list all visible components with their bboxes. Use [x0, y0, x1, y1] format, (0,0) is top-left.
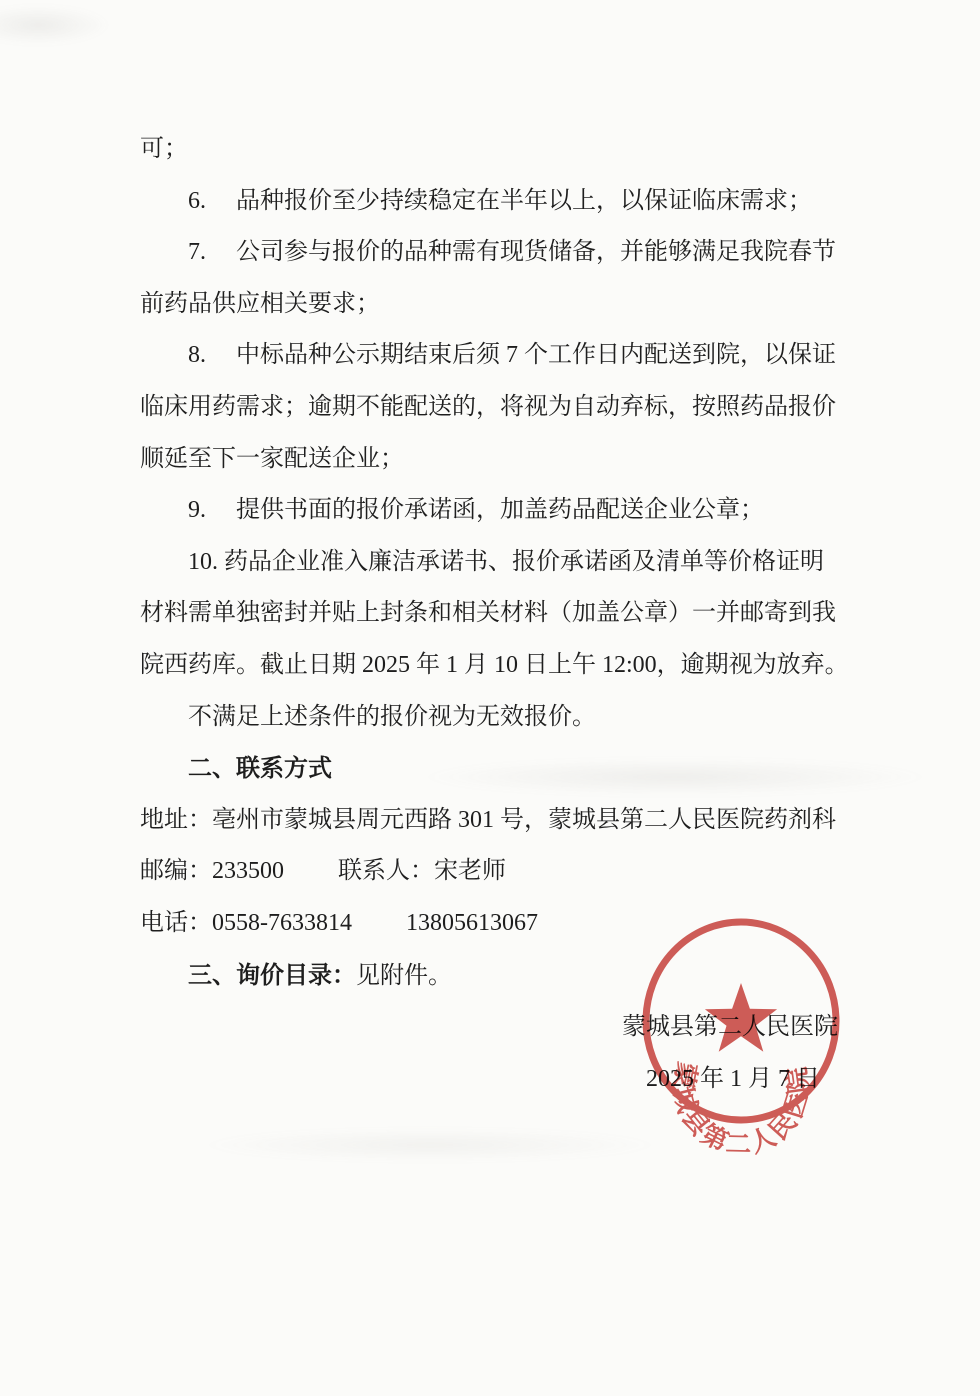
text-line: 邮编：233500 联系人：宋老师 [140, 846, 853, 898]
text-line: 6. 品种报价至少持续稳定在半年以上，以保证临床需求； [140, 176, 853, 228]
text-line: 顺延至下一家配送企业； [140, 434, 853, 486]
text-line: 二、联系方式 [140, 743, 853, 795]
scan-smudge [200, 1128, 660, 1162]
text-line: 可； [140, 124, 853, 176]
scanned-document-page: 可；6. 品种报价至少持续稳定在半年以上，以保证临床需求；7. 公司参与报价的品… [0, 0, 980, 1396]
text-line: 8. 中标品种公示期结束后须 7 个工作日内配送到院，以保证 [140, 330, 853, 382]
text-line: 10. 药品企业准入廉洁承诺书、报价承诺函及清单等价格证明 [140, 537, 853, 589]
text-line: 7. 公司参与报价的品种需有现货储备，并能够满足我院春节 [140, 227, 853, 279]
text-line: 前药品供应相关要求； [140, 279, 853, 331]
text-line: 9. 提供书面的报价承诺函，加盖药品配送企业公章； [140, 485, 853, 537]
text-line: 三、询价目录：见附件。 [140, 950, 853, 1003]
document-body: 可；6. 品种报价至少持续稳定在半年以上，以保证临床需求；7. 公司参与报价的品… [140, 124, 853, 1105]
scan-smudge [0, 5, 110, 45]
text-line: 不满足上述条件的报价视为无效报价。 [140, 692, 853, 744]
text-line: 院西药库。截止日期 2025 年 1 月 10 日上午 12:00，逾期视为放弃… [140, 640, 853, 692]
text-line: 临床用药需求；逾期不能配送的，将视为自动弃标，按照药品报价 [140, 382, 853, 434]
text-line: 材料需单独密封并贴上封条和相关材料（加盖公章）一并邮寄到我 [140, 588, 853, 640]
date-line: 2025 年 1 月 7 日 [140, 1054, 853, 1106]
text-line: 电话：0558-7633814 13805613067 [140, 898, 853, 950]
text-line: 地址：亳州市蒙城县周元西路 301 号，蒙城县第二人民医院药剂科 [140, 795, 853, 847]
signature-line: 蒙城县第二人民医院 [140, 1002, 853, 1054]
